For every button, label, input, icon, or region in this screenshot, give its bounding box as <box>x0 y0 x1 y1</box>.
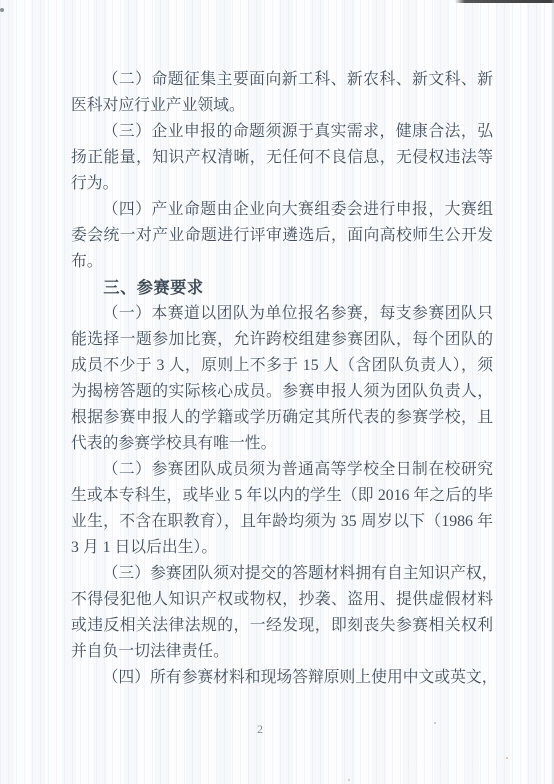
scan-speck <box>0 8 4 12</box>
text-line: 成员不少于 3 人，原则上不多于 15 人（含团队负责人），须 <box>71 353 493 379</box>
text-line: 不得侵犯他人知识产权或物权，抄袭、盗用、提供虚假材料 <box>71 587 493 613</box>
text-line: 根据参赛申报人的学籍或学历确定其所代表的参赛学校，且 <box>71 405 493 431</box>
document-body: （二）命题征集主要面向新工科、新农科、新文科、新医科对应行业产业领域。（三）企业… <box>71 67 493 691</box>
text-line: 代表的参赛学校具有唯一性。 <box>71 431 493 457</box>
text-line: 布。 <box>71 249 493 275</box>
text-line: 医科对应行业产业领域。 <box>71 93 493 119</box>
text-line: 或违反相关法律法规的，一经发现，即刻丧失参赛相关权利 <box>71 613 493 639</box>
text-line: 委会统一对产业命题进行评审遴选后，面向高校师生公开发 <box>71 223 493 249</box>
text-line: （四）所有参赛材料和现场答辩原则上使用中文或英文， <box>71 665 493 691</box>
text-line: 扬正能量，知识产权清晰，无任何不良信息，无侵权违法等 <box>71 145 493 171</box>
text-line: 业生，不含在职教育），且年龄均须为 35 周岁以下（1986 年 <box>71 509 493 535</box>
text-line: （一）本赛道以团队为单位报名参赛，每支参赛团队只 <box>71 301 493 327</box>
text-line: 生或本专科生，或毕业 5 年以内的学生（即 2016 年之后的毕 <box>71 483 493 509</box>
text-line: （三）参赛团队须对提交的答题材料拥有自主知识产权， <box>71 561 493 587</box>
text-line: 行为。 <box>71 171 493 197</box>
text-line: （四）产业命题由企业向大赛组委会进行申报，大赛组 <box>71 197 493 223</box>
scan-speck <box>348 779 350 781</box>
text-line: （三）企业申报的命题须源于真实需求，健康合法，弘 <box>71 119 493 145</box>
text-line: （二）参赛团队成员须为普通高等学校全日制在校研究 <box>71 457 493 483</box>
text-line: （二）命题征集主要面向新工科、新农科、新文科、新 <box>71 67 493 93</box>
scan-speck <box>434 722 436 724</box>
text-line: 并自负一切法律责任。 <box>71 639 493 665</box>
text-line: 能选择一题参加比赛，允许跨校组建参赛团队，每个团队的 <box>71 327 493 353</box>
scan-artifact-top-edge <box>455 0 554 3</box>
text-line: 3 月 1 日以后出生）。 <box>71 535 493 561</box>
scanned-document-page: （二）命题征集主要面向新工科、新农科、新文科、新医科对应行业产业领域。（三）企业… <box>0 0 554 784</box>
text-line: 为揭榜答题的实际核心成员。参赛申报人须为团队负责人， <box>71 379 493 405</box>
section-heading: 三、参赛要求 <box>71 275 493 301</box>
scan-speck <box>506 757 508 759</box>
page-number: 2 <box>248 722 272 737</box>
